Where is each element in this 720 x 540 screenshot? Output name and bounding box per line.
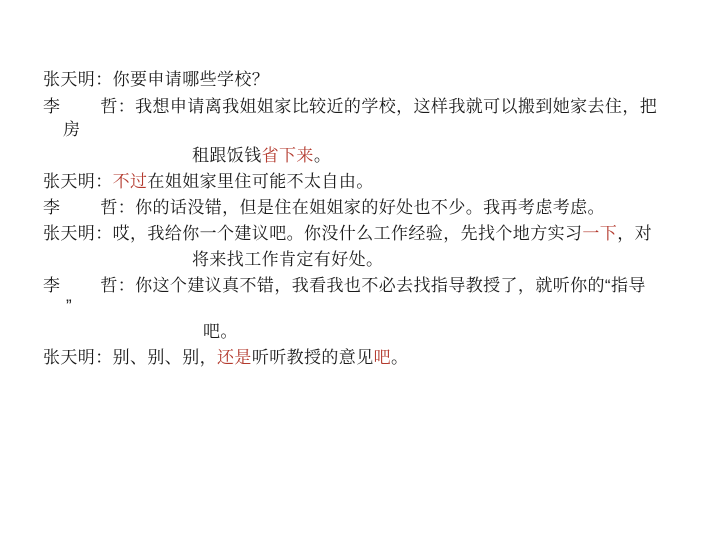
text-segment: 张天明：你要申请哪些学校？	[43, 70, 269, 89]
text-segment: 李 哲：我想申请离我姐姐家比较近的学校，这样我就可以搬到她家去住，把	[43, 97, 657, 116]
dialogue-line: 李 哲：你的话没错，但是住在姐姐家的好处也不少。我再考虑考虑。	[43, 198, 605, 218]
text-segment: 。	[391, 348, 408, 367]
text-segment: 李 哲：你这个建议真不错，我看我也不必去找指导教授了，就听你的“指导	[43, 276, 646, 295]
text-segment: 听听教授的意见	[252, 348, 374, 367]
dialogue-line: 张天明：你要申请哪些学校？	[43, 70, 269, 90]
text-segment: ，对	[617, 224, 652, 243]
text-segment: ”	[66, 296, 72, 315]
dialogue-line: 张天明：哎，我给你一个建议吧。你没什么工作经验，先找个地方实习一下，对	[43, 224, 652, 244]
dialogue-line: 李 哲：我想申请离我姐姐家比较近的学校，这样我就可以搬到她家去住，把	[43, 97, 657, 117]
text-segment: 将来找工作肯定有好处。	[192, 250, 383, 269]
dialogue-line: 房	[63, 120, 80, 140]
text-segment: 张天明：哎，我给你一个建议吧。你没什么工作经验，先找个地方实习	[43, 224, 582, 243]
slide-canvas: 张天明：你要申请哪些学校？李 哲：我想申请离我姐姐家比较近的学校，这样我就可以搬…	[0, 0, 720, 540]
text-segment: 。	[314, 146, 331, 165]
dialogue-line: 李 哲：你这个建议真不错，我看我也不必去找指导教授了，就听你的“指导	[43, 276, 646, 296]
dialogue-line: 将来找工作肯定有好处。	[192, 250, 383, 270]
dialogue-line: 张天明：不过在姐姐家里住可能不太自由。	[43, 172, 374, 192]
text-segment: 张天明：别、别、别，	[43, 348, 217, 367]
dialogue-text: 张天明：你要申请哪些学校？李 哲：我想申请离我姐姐家比较近的学校，这样我就可以搬…	[0, 0, 720, 540]
text-segment: 吧。	[203, 322, 238, 341]
dialogue-line: ”	[66, 296, 72, 316]
highlighted-text: 还是	[217, 348, 252, 367]
highlighted-text: 省下来	[262, 146, 314, 165]
highlighted-text: 一下	[582, 224, 617, 243]
highlighted-text: 不过	[113, 172, 148, 191]
text-segment: 李 哲：你的话没错，但是住在姐姐家的好处也不少。我再考虑考虑。	[43, 198, 605, 217]
dialogue-line: 吧。	[203, 322, 238, 342]
text-segment: 租跟饭钱	[192, 146, 262, 165]
dialogue-line: 张天明：别、别、别，还是听听教授的意见吧。	[43, 348, 408, 368]
text-segment: 张天明：	[43, 172, 113, 191]
text-segment: 在姐姐家里住可能不太自由。	[147, 172, 373, 191]
dialogue-line: 租跟饭钱省下来。	[192, 146, 331, 166]
highlighted-text: 吧	[374, 348, 391, 367]
text-segment: 房	[63, 120, 80, 139]
